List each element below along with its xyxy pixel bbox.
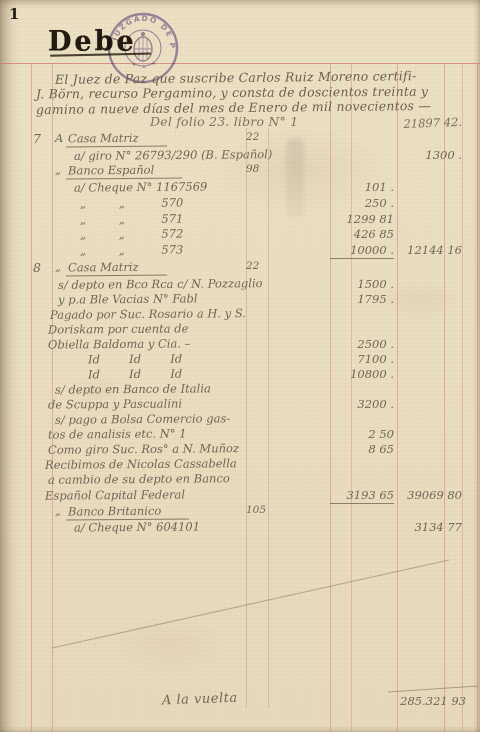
carry-forward-label: A la vuelta	[162, 691, 238, 709]
entry-amount-col1: 10000 .	[330, 243, 394, 259]
entry-text: Pagado por Suc. Rosario a H. y S.	[50, 306, 246, 322]
entry-text: s/ depto en Bco Rca c/ N. Pozzaglio	[58, 276, 263, 292]
horizontal-rule	[0, 63, 480, 64]
ledger-row: Español Capital Federal3193 6539069 80	[0, 488, 480, 505]
entry-text: y p.a Ble Vacias N° Fabl	[58, 291, 198, 306]
ledger-row: 7ACasa Matriz22	[0, 131, 480, 148]
entry-amount-col1: 10800 .	[330, 367, 394, 381]
entry-amount-col2: 12144 16	[398, 243, 462, 257]
folio-reference: Del folio 23. libro N° 1	[150, 114, 298, 129]
entry-amount-col1: 2 50	[330, 427, 394, 441]
ledger-row: „ „ 570250 .	[0, 196, 480, 213]
entry-text: Id Id Id	[88, 352, 182, 367]
entry-text: a cambio de su depto en Banco	[48, 471, 230, 487]
entry-ditto-mark: „	[55, 163, 61, 177]
entry-text: s/ pago a Bolsa Comercio gas-	[55, 411, 230, 427]
ledger-row: „ „ 57310000 .12144 16	[0, 243, 480, 260]
entry-text: „ „ 571	[80, 212, 183, 227]
entry-text: tos de analisis etc. N° 1	[48, 426, 187, 441]
entry-folio: 22	[246, 260, 259, 272]
entry-text: Obiella Baldoma y Cia. –	[48, 336, 190, 351]
entry-amount-col2: 1300 .	[398, 148, 462, 162]
entry-folio: 98	[246, 163, 259, 175]
entry-ditto-mark: „	[55, 504, 61, 518]
entry-text: s/ depto en Banco de Italia	[55, 381, 211, 396]
entry-text: Id Id Id	[88, 367, 182, 382]
diagonal-closing-line	[52, 560, 449, 648]
entry-text: a/ Cheque N° 1167569	[74, 179, 207, 194]
entry-amount-col1: 1500 .	[330, 277, 394, 291]
svg-text:✶ ✶ ✶: ✶ ✶ ✶	[130, 58, 160, 72]
ledger-row: a/ Cheque N° 1167569101 .	[0, 180, 480, 197]
entry-text: „ „ 572	[80, 227, 183, 242]
entry-text: „ „ 570	[80, 196, 183, 211]
opening-balance: 21897 42.	[396, 115, 462, 131]
entry-folio: 22	[246, 131, 259, 143]
ledger-row: „Banco Español98	[0, 163, 480, 180]
entry-amount-col1: 1795 .	[330, 292, 394, 306]
ledger-row: a/ Cheque N° 6041013134 77	[0, 520, 480, 537]
entry-amount-col1: 250 .	[330, 196, 394, 210]
entry-day: 7	[33, 131, 41, 146]
ledger-row: a cambio de su depto en Banco	[0, 472, 480, 489]
entry-amount-col1: 426 85	[330, 227, 394, 241]
total-sum-line	[388, 686, 478, 692]
entry-amount-col1: 2500 .	[330, 337, 394, 351]
entry-amount-col1: 7100 .	[330, 352, 394, 366]
entry-ditto-mark: A	[55, 131, 63, 145]
carry-forward-total: 285.321 93	[398, 694, 466, 708]
page-number: 1	[9, 5, 19, 23]
ledger-page: 1 Debe JUZGADO DE PAZ ✶ ✶ ✶ El Juez de P…	[0, 0, 480, 732]
entry-text: Banco Britanico	[66, 503, 189, 520]
entry-text: Doriskam por cuenta de	[48, 321, 189, 336]
entry-text: Español Capital Federal	[45, 487, 185, 502]
entry-folio: 105	[246, 504, 266, 516]
entry-text: Banco Español	[66, 162, 182, 179]
entry-amount-col2: 3134 77	[398, 520, 462, 534]
entry-text: „ „ 573	[80, 243, 183, 258]
entry-text: de Scuppa y Pascualini	[48, 396, 182, 411]
entry-amount-col1: 101 .	[330, 180, 394, 194]
ledger-row: „ „ 572426 85	[0, 227, 480, 244]
entry-amount-col2: 39069 80	[398, 488, 462, 502]
entry-text: a/ Cheque N° 604101	[74, 519, 200, 534]
ledger-row: „Banco Britanico105	[0, 504, 480, 521]
entry-day: 8	[33, 260, 41, 275]
stamp-stars: ✶ ✶ ✶	[130, 58, 160, 72]
entry-text: Recibimos de Nicolas Cassabella	[45, 456, 237, 472]
entry-amount-col1: 3193 65	[330, 488, 394, 504]
entry-amount-col1: 8 65	[330, 442, 394, 456]
ledger-row: 8„Casa Matriz22	[0, 260, 480, 277]
entry-ditto-mark: „	[55, 260, 61, 274]
entry-text: Casa Matriz	[66, 260, 167, 277]
entry-text: a/ giro N° 26793/290 (B. Español)	[74, 147, 272, 163]
entry-amount-col1: 1299 81	[330, 212, 394, 226]
entry-text: Como giro Suc. Ros° a N. Muñoz	[48, 441, 239, 457]
entry-text: Casa Matriz	[66, 131, 167, 148]
entry-amount-col1: 3200 .	[330, 397, 394, 411]
